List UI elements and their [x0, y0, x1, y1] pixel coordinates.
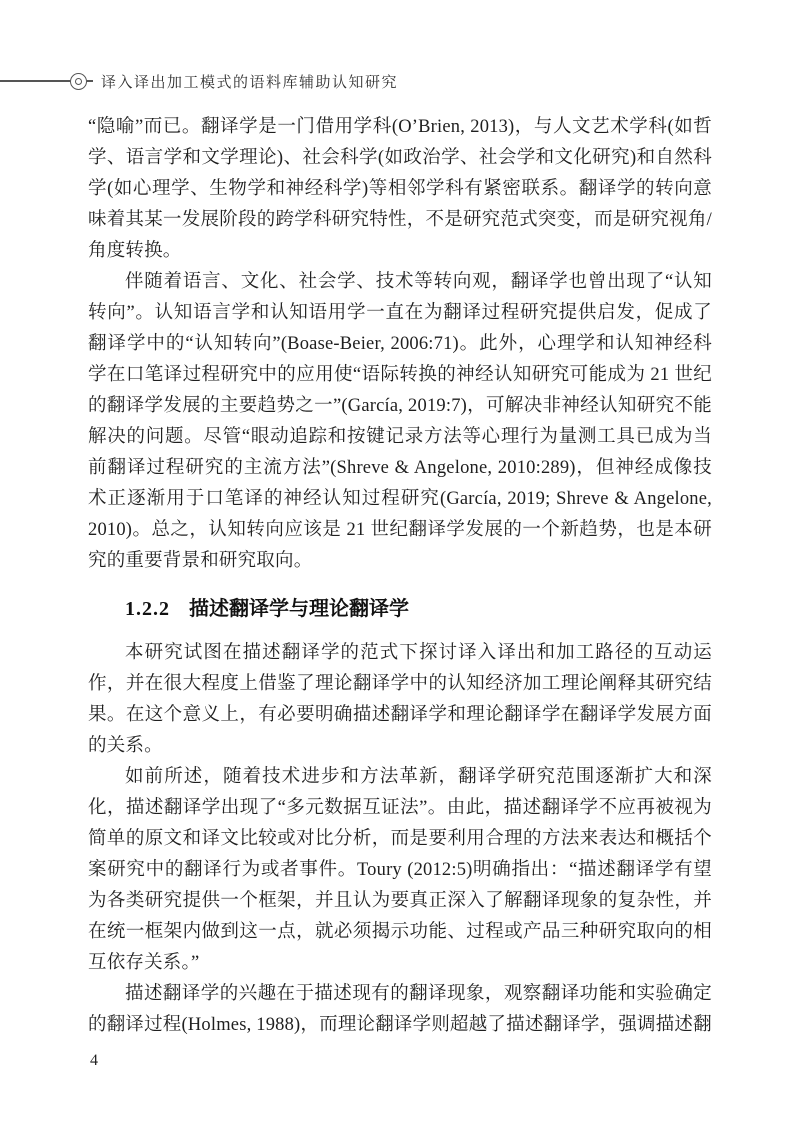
body-paragraph: 伴随着语言、文化、社会学、技术等转向观，翻译学也曾出现了“认知转向”。认知语言学…	[88, 267, 712, 577]
page-body: “隐喻”而已。翻译学是一门借用学科(O’Brien, 2013)，与人文艺术学科…	[88, 112, 712, 1041]
section-heading: 1.2.2描述翻译学与理论翻译学	[88, 594, 712, 625]
section-number: 1.2.2	[125, 598, 170, 620]
book-page: { "header": { "title": "译入译出加工模式的语料库辅助认知…	[0, 0, 799, 1129]
header-dash-line	[87, 80, 93, 82]
body-paragraph: 描述翻译学的兴趣在于描述现有的翻译现象，观察翻译功能和实验确定的翻译过程(Hol…	[88, 979, 712, 1041]
running-header-title: 译入译出加工模式的语料库辅助认知研究	[101, 71, 398, 92]
double-circle-icon-inner	[75, 78, 82, 85]
body-paragraph: 如前所述，随着技术进步和方法革新，翻译学研究范围逐渐扩大和深化，描述翻译学出现了…	[88, 762, 712, 979]
running-header: 译入译出加工模式的语料库辅助认知研究	[0, 71, 398, 91]
section-title: 描述翻译学与理论翻译学	[189, 598, 409, 620]
page-number: 4	[90, 1052, 98, 1070]
body-paragraph: 本研究试图在描述翻译学的范式下探讨译入译出和加工路径的互动运作，并在很大程度上借…	[88, 638, 712, 762]
header-rule-line	[0, 80, 70, 82]
double-circle-icon	[70, 73, 87, 90]
body-paragraph: “隐喻”而已。翻译学是一门借用学科(O’Brien, 2013)，与人文艺术学科…	[88, 112, 712, 267]
